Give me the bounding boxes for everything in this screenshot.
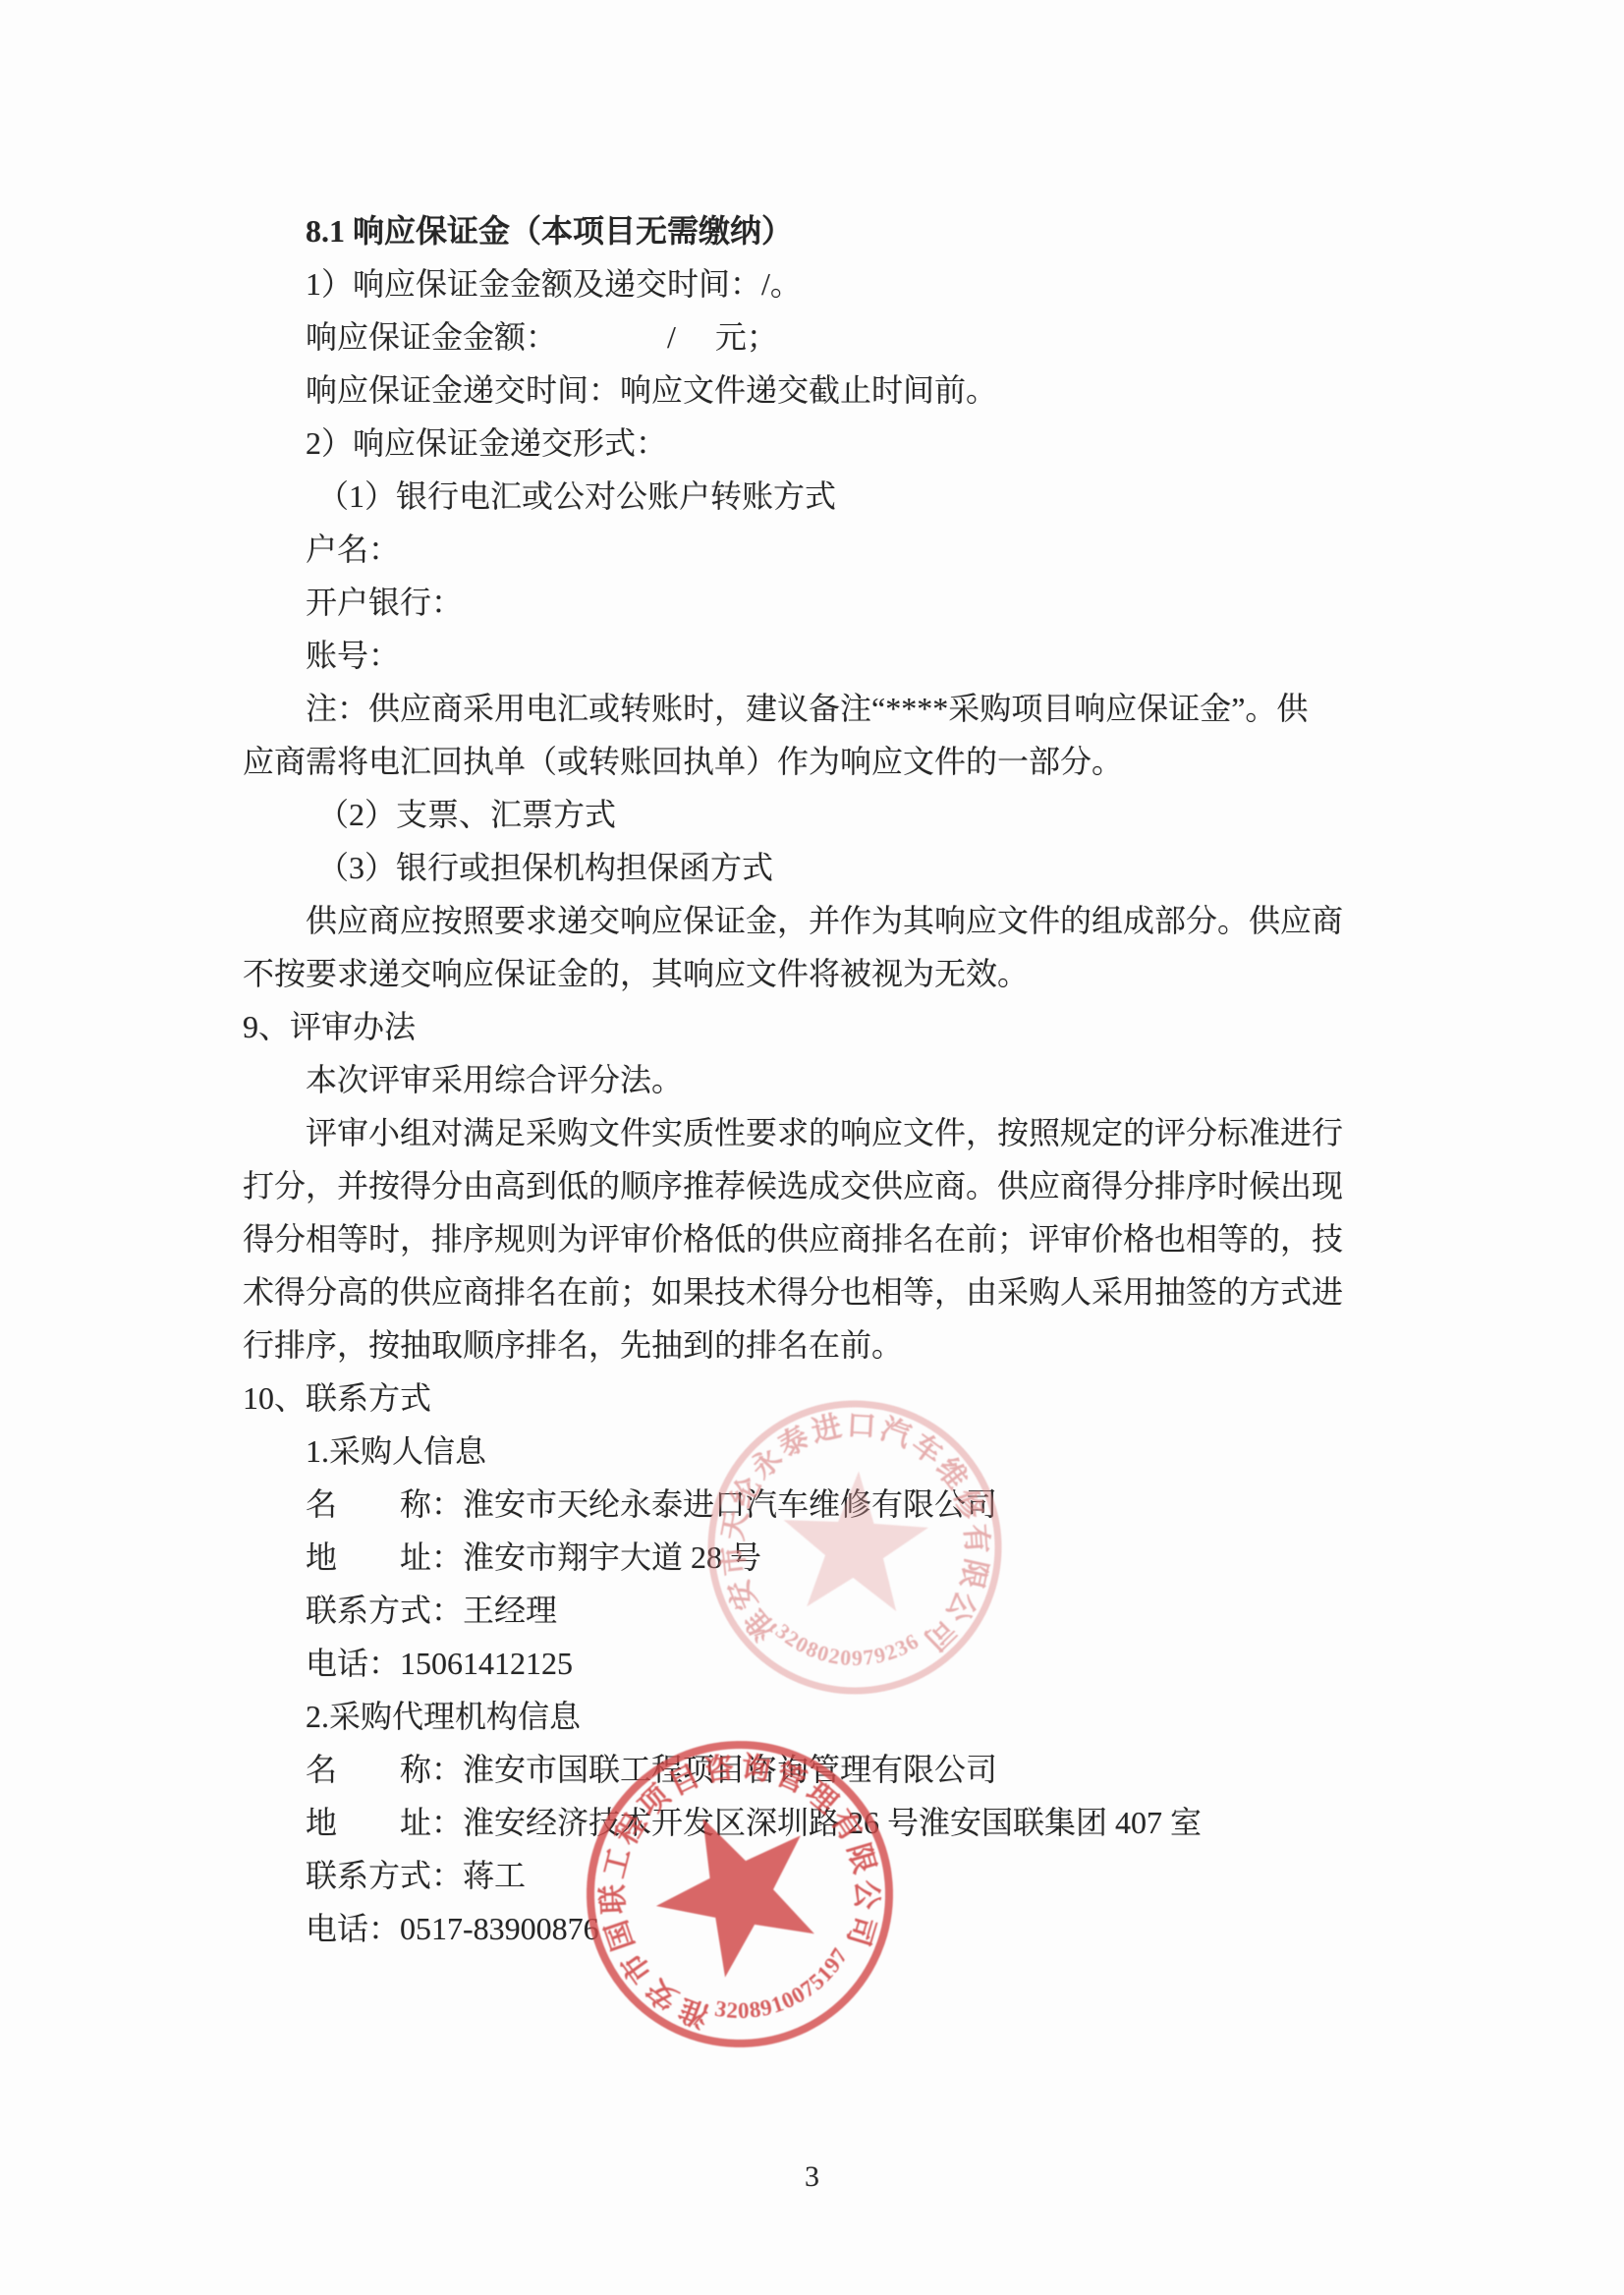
doc-line: 1）响应保证金金额及递交时间：/。 (243, 257, 1412, 310)
doc-line: 行排序，按抽取顺序排名，先抽到的排名在前。 (243, 1318, 1412, 1371)
doc-line: 本次评审采用综合评分法。 (243, 1053, 1412, 1106)
stamp-serial-text: 3208020979236 (769, 1618, 924, 1674)
doc-line: 账号： (243, 629, 1412, 682)
doc-line: 注：供应商采用电汇或转账时，建议备注“****采购项目响应保证金”。供 (243, 682, 1412, 735)
doc-line: 供应商应按照要求递交响应保证金，并作为其响应文件的组成部分。供应商 (243, 894, 1412, 947)
star-icon (779, 1468, 931, 1613)
page-number: 3 (0, 2151, 1624, 2204)
doc-line: 2）响应保证金递交形式： (243, 417, 1412, 470)
section-heading: 8.1 响应保证金（本项目无需缴纳） (243, 204, 1412, 257)
doc-line: （3）银行或担保机构担保函方式 (243, 841, 1412, 894)
doc-line: 不按要求递交响应保证金的，其响应文件将被视为无效。 (243, 947, 1412, 1000)
doc-line: 评审小组对满足采购文件实质性要求的响应文件，按照规定的评分标准进行 (243, 1106, 1412, 1159)
doc-line: 术得分高的供应商排名在前；如果技术得分也相等，由采购人采用抽签的方式进 (243, 1265, 1412, 1318)
doc-line: 开户银行： (243, 576, 1412, 629)
section-heading: 9、评审办法 (243, 1000, 1412, 1053)
doc-line: 应商需将电汇回执单（或转账回执单）作为响应文件的一部分。 (243, 735, 1412, 788)
doc-line: （2）支票、汇票方式 (243, 788, 1412, 841)
document-page: 8.1 响应保证金（本项目无需缴纳） 1）响应保证金金额及递交时间：/。 响应保… (0, 0, 1624, 2295)
doc-line: 户名： (243, 523, 1412, 576)
doc-line: 打分，并按得分由高到低的顺序推荐候选成交供应商。供应商得分排序时候出现 (243, 1159, 1412, 1212)
doc-line: （1）银行电汇或公对公账户转账方式 (243, 470, 1412, 523)
doc-line: 响应保证金金额： / 元； (243, 310, 1412, 364)
doc-line: 响应保证金递交时间：响应文件递交截止时间前。 (243, 364, 1412, 417)
purchaser-stamp: 淮安市天纶永泰进口汽车维修有限公司 3208020979236 (690, 1382, 1020, 1712)
doc-line: 得分相等时，排序规则为评审价格低的供应商排名在前；评审价格也相等的，技 (243, 1212, 1412, 1265)
